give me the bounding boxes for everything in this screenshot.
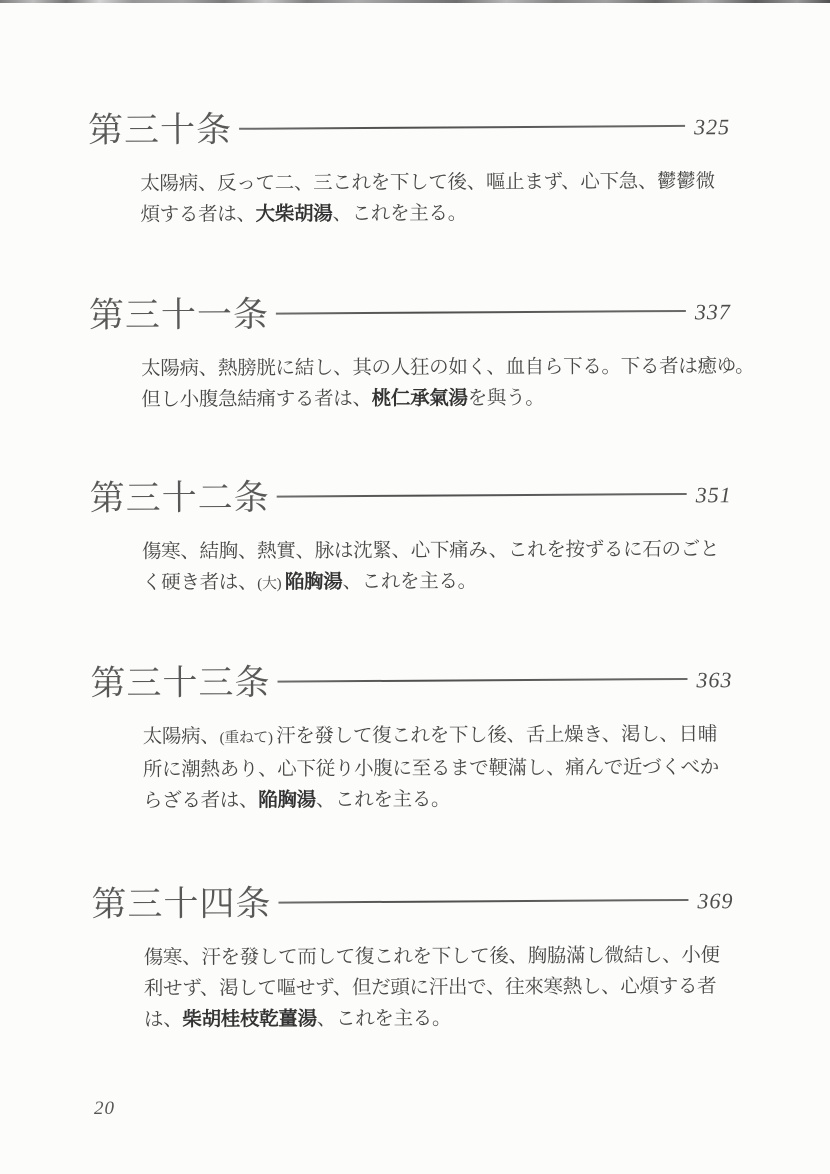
- entry-title: 第三十二条: [90, 477, 270, 520]
- formula-name-run: 陥胸湯: [285, 572, 343, 593]
- text-run: (大): [257, 576, 285, 592]
- entry-title: 第三十一条: [89, 294, 269, 337]
- entry-list: 第三十条 325 太陽病、反って二、三これを下して後、嘔止まず、心下急、鬱鬱微煩…: [88, 107, 734, 1036]
- text-run: 太陽病、反って二、三これを下して後、嘔止まず、心下急、鬱鬱微: [140, 171, 715, 195]
- folio-page-number: 20: [94, 1098, 115, 1120]
- text-run: 、これを主る。: [332, 203, 466, 225]
- scan-edge-artifact: [0, 0, 830, 3]
- text-run: 傷寒、結胸、熱實、脉は沈緊、心下痛み、これを按ずるに石のごと: [142, 539, 719, 563]
- leader-line: [276, 310, 686, 315]
- toc-entry: 第三十三条 363 太陽病、(重ねて) 汗を發して復これを下し後、舌上燥き、渇し…: [90, 660, 733, 817]
- formula-name-run: 大柴胡湯: [256, 204, 333, 225]
- entry-body: 太陽病、(重ねて) 汗を發して復これを下し後、舌上燥き、渇し、日晡所に潮熱あり、…: [143, 719, 733, 817]
- body-line: 所に潮熱あり、心下従り小腹に至るまで鞕滿し、痛んで近づくべか: [143, 752, 733, 786]
- text-run: 太陽病、熱膀胱に結し、其の人狂の如く、血自ら下る。下る者は癒ゆ。: [141, 356, 754, 380]
- text-run: を與う。: [468, 388, 545, 409]
- body-line: 傷寒、結胸、熱實、脉は沈緊、心下痛み、これを按ずるに石のごと: [142, 534, 732, 568]
- entry-title: 第三十四条: [91, 883, 271, 926]
- entry-body: 太陽病、反って二、三これを下して後、嘔止まず、心下急、鬱鬱微煩する者は、大柴胡湯…: [140, 166, 730, 231]
- entry-page-number: 369: [697, 888, 733, 914]
- entry-header: 第三十二条 351: [90, 475, 732, 520]
- text-run: 利せず、渇して嘔せず、但だ頭に汗出で、往來寒熱し、心煩する者: [144, 976, 717, 999]
- formula-name-run: 桃仁承氣湯: [372, 388, 468, 409]
- entry-header: 第三十三条 363: [90, 660, 732, 705]
- text-run: 、これを主る。: [317, 1008, 451, 1030]
- contents-list: 第三十条 325 太陽病、反って二、三これを下して後、嘔止まず、心下急、鬱鬱微煩…: [88, 107, 734, 1098]
- text-run: 太陽病、: [143, 726, 220, 747]
- text-run: 、これを主る。: [316, 789, 450, 811]
- entry-header: 第三十一条 337: [89, 292, 731, 337]
- body-line: 太陽病、熱膀胱に結し、其の人狂の如く、血自ら下る。下る者は癒ゆ。: [141, 351, 731, 385]
- toc-entry: 第三十二条 351 傷寒、結胸、熱實、脉は沈緊、心下痛み、これを按ずるに石のごと…: [90, 475, 733, 601]
- formula-name-run: 陥胸湯: [258, 790, 316, 811]
- entry-header: 第三十条 325: [88, 107, 730, 152]
- entry-body: 太陽病、熱膀胱に結し、其の人狂の如く、血自ら下る。下る者は癒ゆ。但し小腹急結痛す…: [141, 351, 731, 416]
- text-run: は、: [144, 1010, 182, 1031]
- entry-title: 第三十条: [88, 109, 232, 152]
- formula-name-run: 柴胡桂枝乾薑湯: [182, 1009, 316, 1031]
- entry-page-number: 337: [695, 299, 731, 325]
- entry-page-number: 363: [696, 667, 732, 693]
- entry-title: 第三十三条: [90, 662, 270, 705]
- text-run: 汗を發して復これを下し後、舌上燥き、渇し、日晡: [276, 724, 717, 747]
- text-run: らざる者は、: [143, 790, 258, 812]
- entry-header: 第三十四条 369: [91, 881, 733, 926]
- body-line: 利せず、渇して嘔せず、但だ頭に汗出で、往來寒熱し、心煩する者: [144, 971, 734, 1005]
- body-line: く硬き者は、(大) 陥胸湯、これを主る。: [142, 565, 732, 601]
- leader-line: [239, 125, 685, 130]
- text-run: 所に潮熱あり、心下従り小腹に至るまで鞕滿し、痛んで近づくべか: [143, 757, 719, 781]
- body-line: 但し小腹急結痛する者は、桃仁承氣湯を與う。: [141, 382, 731, 416]
- body-line: は、柴胡桂枝乾薑湯、これを主る。: [144, 1002, 734, 1036]
- entry-page-number: 351: [696, 482, 732, 508]
- entry-body: 傷寒、汗を發して而して復これを下して後、胸脇滿し微結し、小便利せず、渇して嘔せず…: [144, 940, 734, 1036]
- text-run: 煩する者は、: [140, 204, 255, 226]
- text-run: (重ねて): [220, 730, 277, 746]
- body-line: 傷寒、汗を發して而して復これを下して後、胸脇滿し微結し、小便: [144, 940, 734, 974]
- leader-line: [278, 678, 688, 683]
- text-run: 傷寒、汗を發して而して復これを下して後、胸脇滿し微結し、小便: [144, 945, 720, 969]
- body-line: 太陽病、(重ねて) 汗を發して復これを下し後、舌上燥き、渇し、日晡: [143, 719, 733, 755]
- scanned-page: 第三十条 325 太陽病、反って二、三これを下して後、嘔止まず、心下急、鬱鬱微煩…: [0, 0, 830, 1174]
- entry-page-number: 325: [694, 114, 730, 140]
- text-run: く硬き者は、: [142, 572, 257, 594]
- leader-line: [277, 493, 687, 498]
- entry-body: 傷寒、結胸、熱實、脉は沈緊、心下痛み、これを按ずるに石のごとく硬き者は、(大) …: [142, 534, 732, 601]
- toc-entry: 第三十条 325 太陽病、反って二、三これを下して後、嘔止まず、心下急、鬱鬱微煩…: [88, 107, 731, 231]
- leader-line: [278, 899, 688, 904]
- text-run: 但し小腹急結痛する者は、: [141, 389, 371, 411]
- body-line: 煩する者は、大柴胡湯、これを主る。: [140, 197, 730, 231]
- toc-entry: 第三十一条 337 太陽病、熱膀胱に結し、其の人狂の如く、血自ら下る。下る者は癒…: [89, 292, 732, 416]
- toc-entry: 第三十四条 369 傷寒、汗を發して而して復これを下して後、胸脇滿し微結し、小便…: [91, 881, 734, 1036]
- text-run: 、これを主る。: [342, 571, 476, 593]
- body-line: らざる者は、陥胸湯、これを主る。: [143, 783, 733, 817]
- body-line: 太陽病、反って二、三これを下して後、嘔止まず、心下急、鬱鬱微: [140, 166, 730, 200]
